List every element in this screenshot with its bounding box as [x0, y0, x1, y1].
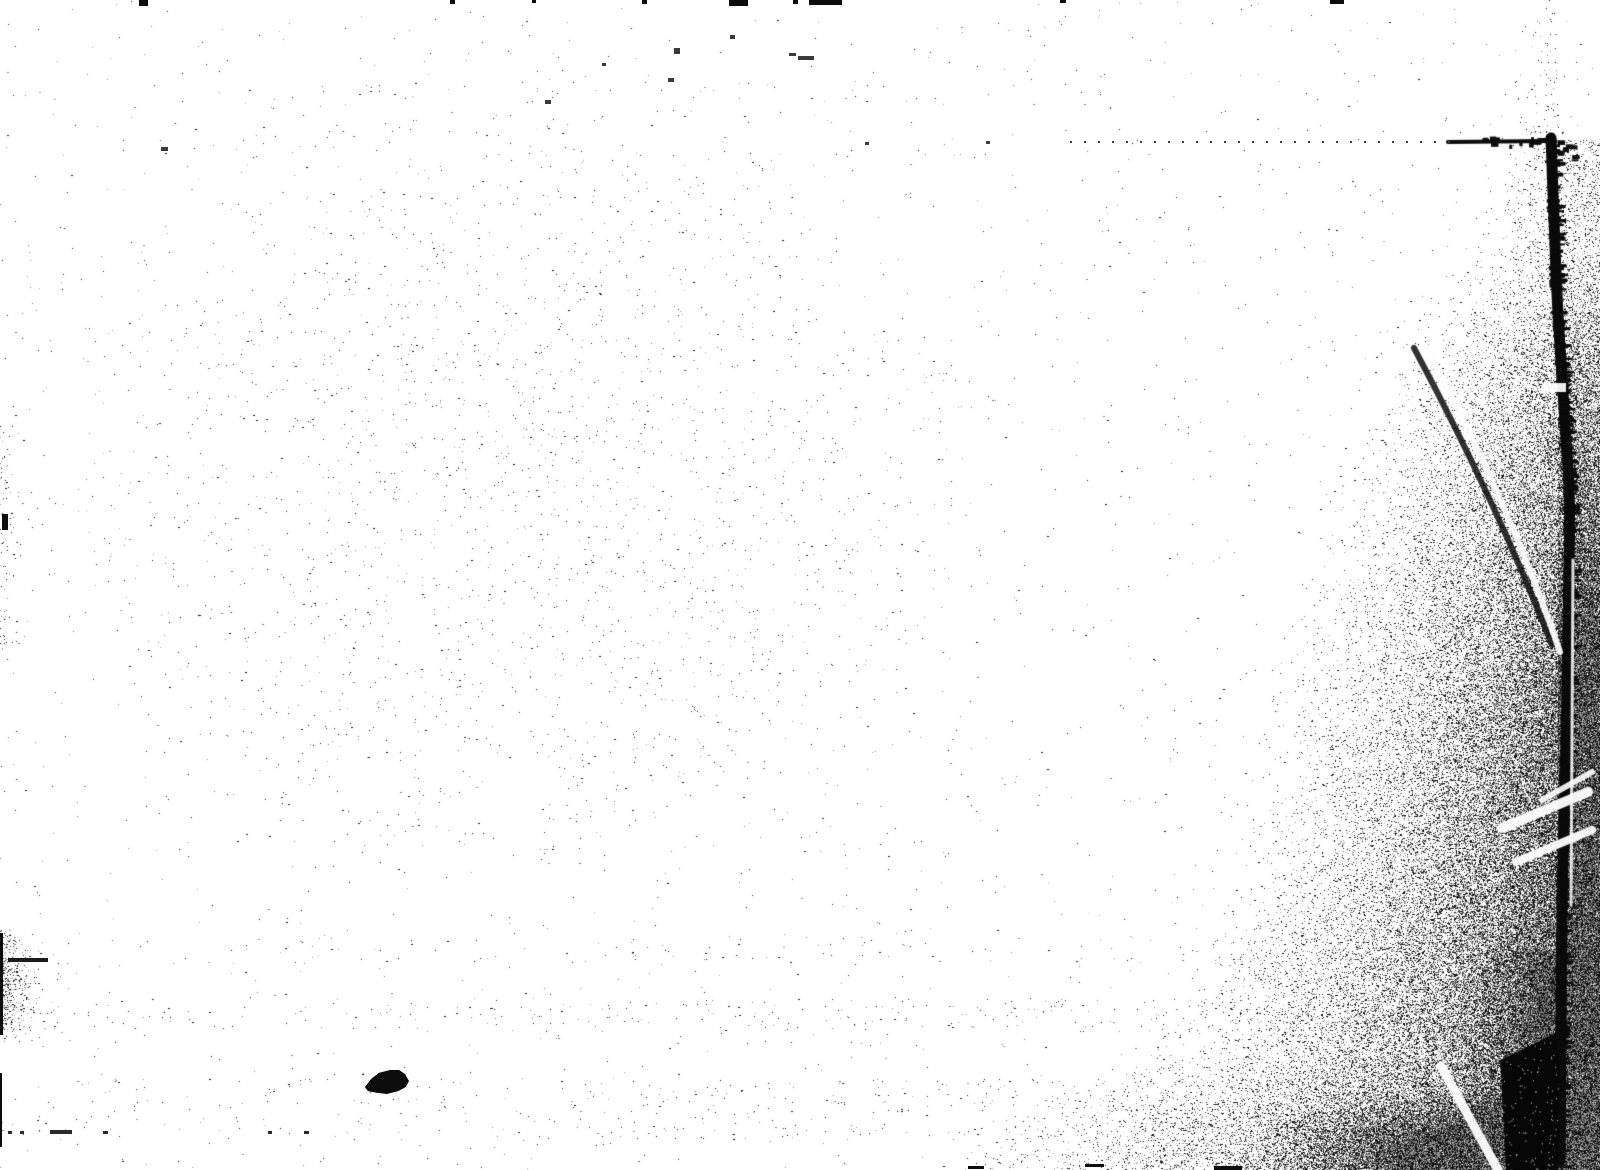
left-edge-rule	[0, 1073, 2, 1147]
bottom-left-speck	[304, 1131, 309, 1134]
bottom-edge-scan-mark	[1214, 1166, 1242, 1170]
top-edge-scan-mark	[450, 0, 455, 4]
top-edge-scan-mark	[1060, 0, 1066, 3]
bottom-edge-scan-mark	[1085, 1164, 1104, 1167]
top-edge-scan-mark	[1330, 0, 1344, 4]
top-edge-scan-mark	[139, 0, 148, 6]
top-edge-scan-mark	[642, 0, 647, 4]
bottom-edge-scan-mark	[968, 1166, 984, 1169]
bottom-left-speck	[20, 1131, 24, 1134]
stray-scan-mark	[545, 100, 551, 104]
bottom-left-speck	[268, 1131, 272, 1134]
page-frame-top-dotted-line	[1070, 141, 1450, 143]
scanned-page	[0, 0, 1600, 1170]
stray-scan-mark	[730, 35, 735, 39]
top-edge-scan-mark	[793, 0, 798, 4]
top-edge-scan-mark	[809, 0, 842, 5]
stray-scan-mark	[668, 78, 674, 82]
left-edge-dash	[8, 958, 48, 962]
left-edge-rule	[0, 933, 3, 1035]
scan-noise-layer	[0, 0, 1600, 1170]
stray-scan-mark	[161, 147, 168, 151]
stray-scan-mark	[602, 63, 606, 66]
stray-scan-mark	[789, 53, 796, 56]
stray-scan-mark	[986, 141, 990, 144]
top-edge-scan-mark	[532, 0, 536, 3]
bottom-left-speck	[8, 1131, 12, 1134]
bottom-left-speck	[50, 1130, 72, 1134]
top-edge-scan-mark	[729, 0, 748, 6]
bottom-left-speck	[103, 1131, 108, 1134]
left-edge-tick	[2, 514, 8, 530]
stray-scan-mark	[865, 142, 869, 145]
stray-scan-mark	[798, 56, 814, 60]
stray-scan-mark	[674, 48, 680, 54]
